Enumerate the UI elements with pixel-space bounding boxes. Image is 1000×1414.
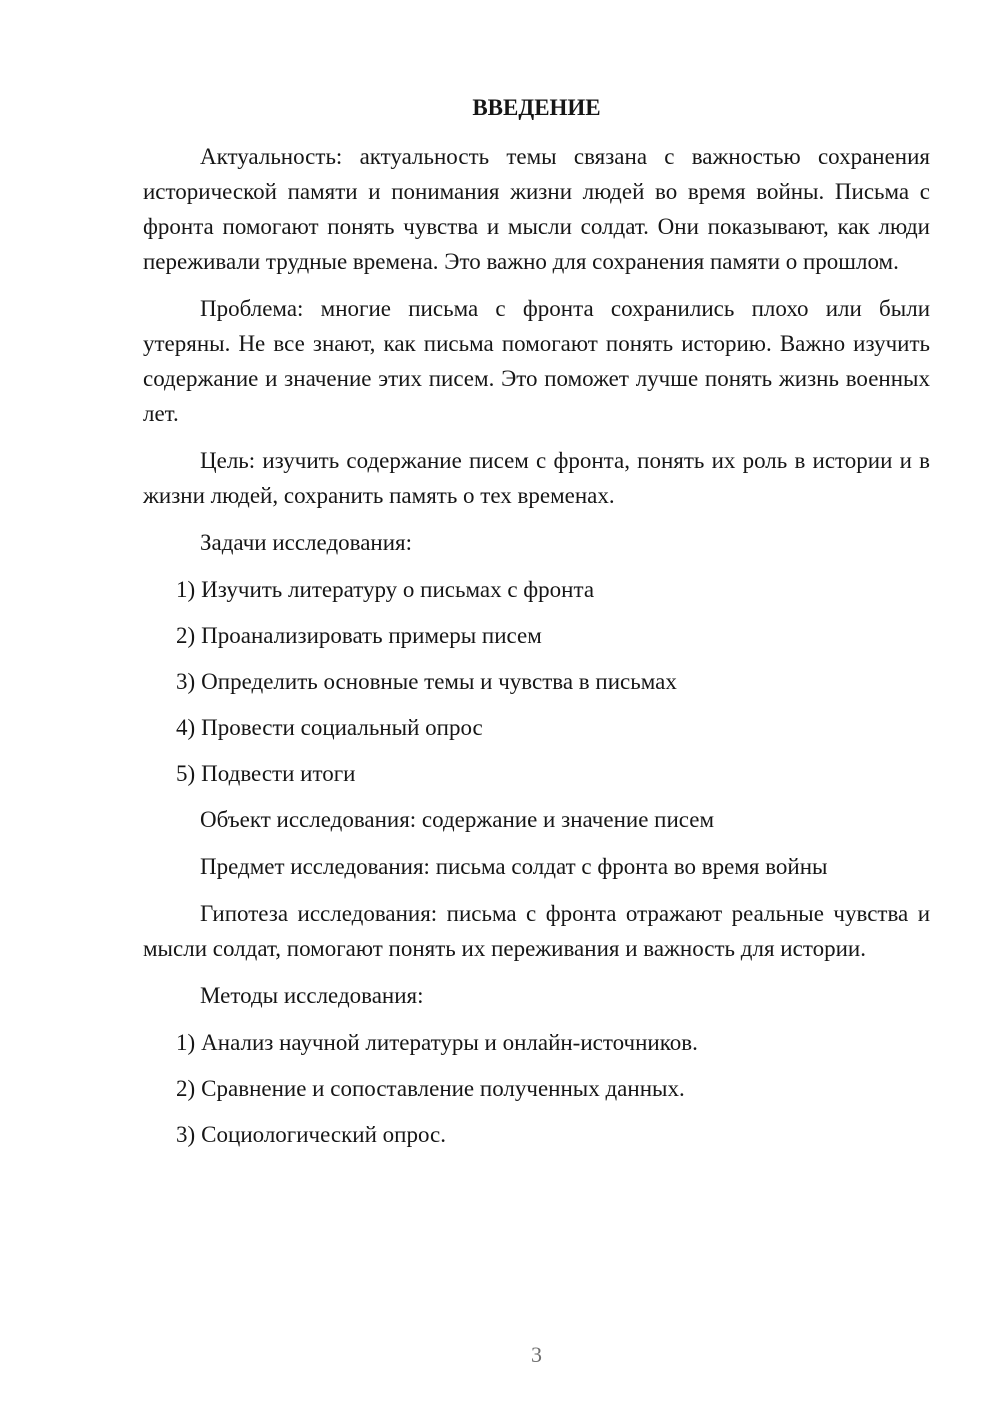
- paragraph-subject: Предмет исследования: письма солдат с фр…: [143, 849, 930, 884]
- task-item: 1)Изучить литературу о письмах с фронта: [143, 572, 930, 607]
- task-item-text: Проанализировать примеры писем: [201, 623, 542, 648]
- task-item-number: 4): [176, 715, 195, 740]
- method-item-number: 1): [176, 1030, 195, 1055]
- methods-heading: Методы исследования:: [143, 978, 930, 1013]
- document-page: ВВЕДЕНИЕ Актуальность: актуальность темы…: [0, 0, 1000, 1414]
- task-item: 3)Определить основные темы и чувства в п…: [143, 664, 930, 699]
- task-item: 2)Проанализировать примеры писем: [143, 618, 930, 653]
- page-title: ВВЕДЕНИЕ: [143, 90, 930, 125]
- method-item-text: Анализ научной литературы и онлайн-источ…: [201, 1030, 698, 1055]
- method-item-number: 3): [176, 1122, 195, 1147]
- task-item-number: 1): [176, 577, 195, 602]
- method-item: 2)Сравнение и сопоставление полученных д…: [143, 1071, 930, 1106]
- task-item-number: 2): [176, 623, 195, 648]
- task-item-text: Подвести итоги: [201, 761, 355, 786]
- task-item-text: Провести социальный опрос: [201, 715, 483, 740]
- tasks-heading: Задачи исследования:: [143, 525, 930, 560]
- task-item: 4)Провести социальный опрос: [143, 710, 930, 745]
- tasks-list: 1)Изучить литературу о письмах с фронта …: [143, 572, 930, 791]
- page-number: 3: [143, 1343, 930, 1367]
- method-item-number: 2): [176, 1076, 195, 1101]
- task-item: 5)Подвести итоги: [143, 756, 930, 791]
- task-item-number: 5): [176, 761, 195, 786]
- task-item-text: Изучить литературу о письмах с фронта: [201, 577, 594, 602]
- paragraph-relevance: Актуальность: актуальность темы связана …: [143, 139, 930, 279]
- method-item: 3)Социологический опрос.: [143, 1117, 930, 1152]
- paragraph-problem: Проблема: многие письма с фронта сохрани…: [143, 291, 930, 431]
- paragraph-object: Объект исследования: содержание и значен…: [143, 802, 930, 837]
- method-item-text: Сравнение и сопоставление полученных дан…: [201, 1076, 685, 1101]
- method-item-text: Социологический опрос.: [201, 1122, 446, 1147]
- method-item: 1)Анализ научной литературы и онлайн-ист…: [143, 1025, 930, 1060]
- task-item-number: 3): [176, 669, 195, 694]
- task-item-text: Определить основные темы и чувства в пис…: [201, 669, 677, 694]
- paragraph-goal: Цель: изучить содержание писем с фронта,…: [143, 443, 930, 513]
- paragraph-hypothesis: Гипотеза исследования: письма с фронта о…: [143, 896, 930, 966]
- methods-list: 1)Анализ научной литературы и онлайн-ист…: [143, 1025, 930, 1152]
